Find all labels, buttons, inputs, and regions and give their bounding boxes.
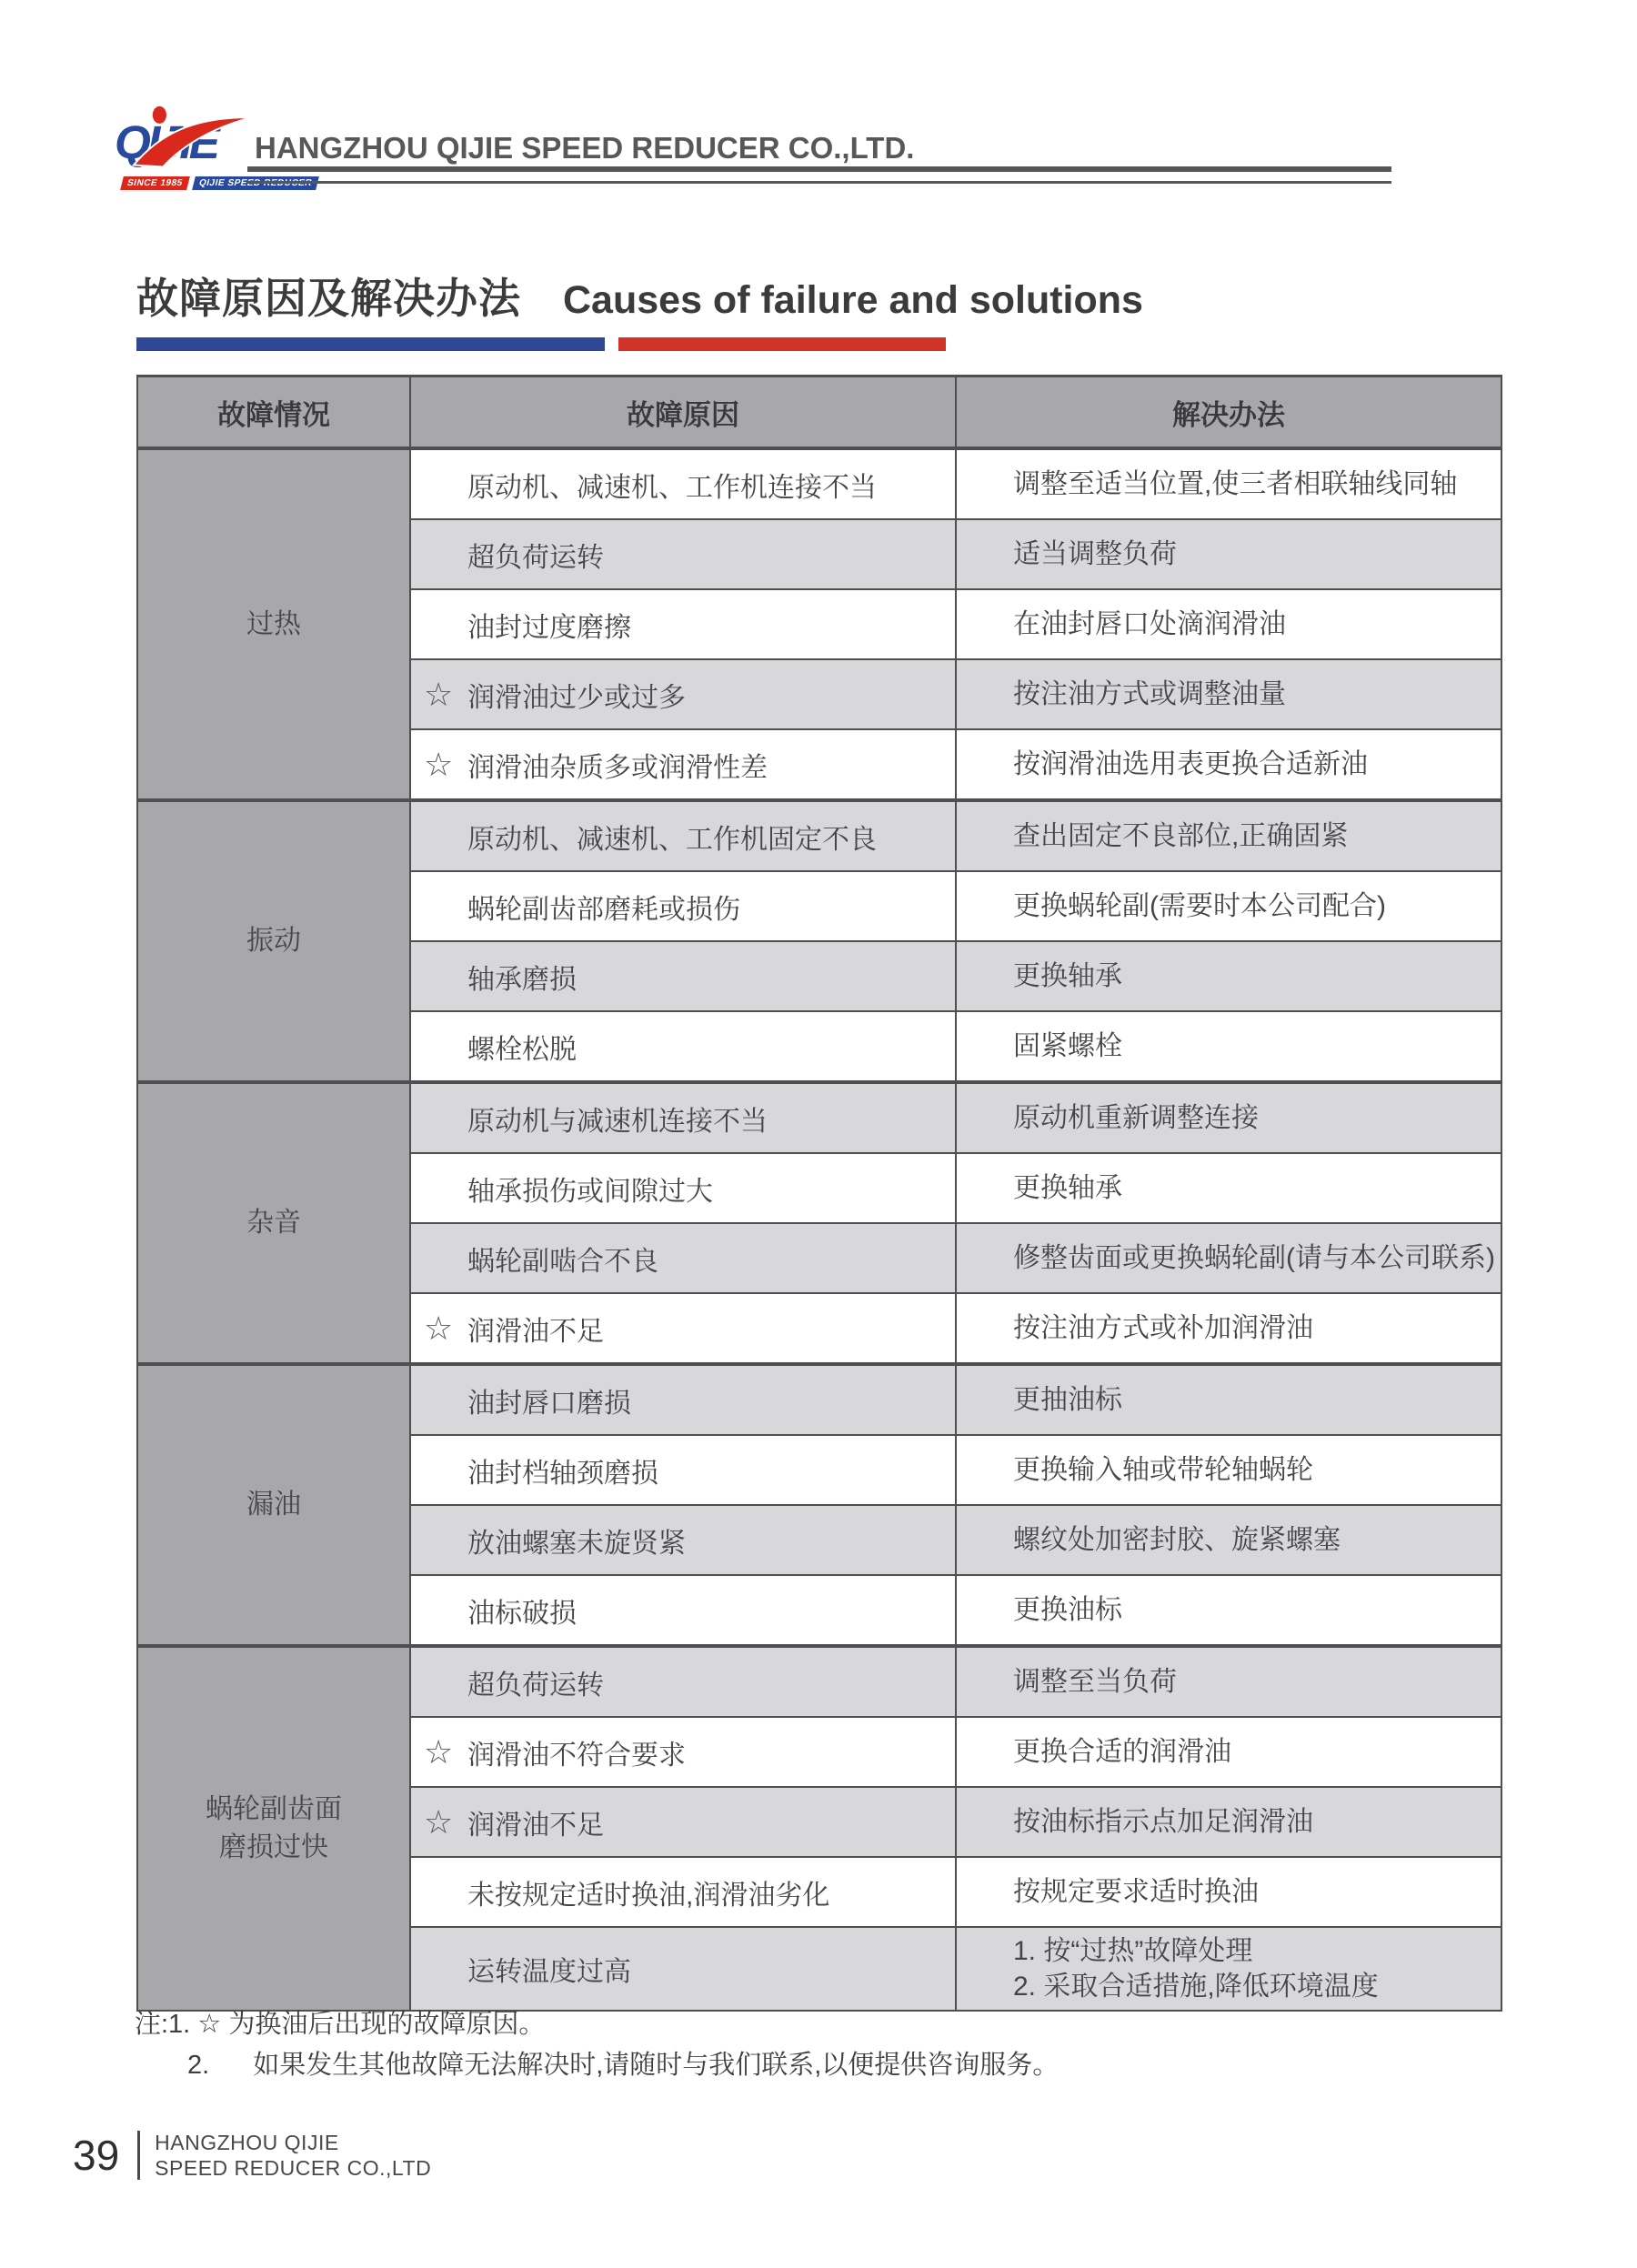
- cause-cell: 轴承损伤或间隙过大: [410, 1153, 956, 1223]
- solution-text: 1. 按“过热”故障处理: [1013, 1933, 1500, 1969]
- solution-text: 更换输入轴或带轮轴蜗轮: [1013, 1452, 1500, 1488]
- note-line-1: 注:1. ☆ 为换油后出现的故障原因。: [135, 2004, 1059, 2045]
- page-title-zh: 故障原因及解决办法: [136, 266, 521, 326]
- solution-cell: 按注油方式或补加润滑油: [956, 1293, 1501, 1364]
- cause-cell: 原动机与减速机连接不当: [410, 1082, 956, 1153]
- cause-text: 蜗轮副啮合不良: [467, 1247, 658, 1277]
- cause-text: 油标破损: [467, 1599, 577, 1629]
- cause-cell: 油封唇口磨损: [410, 1364, 956, 1435]
- footer: 39 HANGZHOU QIJIE SPEED REDUCER CO.,LTD: [73, 2130, 431, 2181]
- solution-text: 更换轴承: [1013, 1170, 1500, 1206]
- cause-text: 运转温度过高: [467, 1957, 631, 1987]
- cause-cell: 放油螺塞未旋贤紧: [410, 1505, 956, 1575]
- solution-cell: 在油封唇口处滴润滑油: [956, 589, 1501, 659]
- cause-cell: 油标破损: [410, 1575, 956, 1646]
- table-row: 蜗轮副齿面磨损过快超负荷运转调整至当负荷: [137, 1646, 1501, 1717]
- solution-cell: 调整至适当位置,使三者相联轴线同轴: [956, 448, 1501, 519]
- solution-text: 在油封唇口处滴润滑油: [1013, 607, 1500, 642]
- solution-cell: 固紧螺栓: [956, 1011, 1501, 1082]
- solution-cell: 适当调整负荷: [956, 519, 1501, 589]
- solution-text: 按润滑油选用表更换合适新油: [1013, 747, 1500, 782]
- cause-cell: ☆润滑油过少或过多: [410, 659, 956, 729]
- logo-since-badge: SINCE 1985: [120, 176, 189, 190]
- solution-text: 按规定要求适时换油: [1013, 1874, 1500, 1910]
- solution-cell: 更换轴承: [956, 941, 1501, 1011]
- note-text: 如果发生其他故障无法解决时,请随时与我们联系,以便提供咨询服务。: [253, 2045, 1059, 2086]
- cause-text: 轴承磨损: [467, 965, 577, 995]
- cause-cell: 轴承磨损: [410, 941, 956, 1011]
- category-cell: 振动: [137, 800, 410, 1082]
- solution-cell: 按规定要求适时换油: [956, 1857, 1501, 1927]
- column-header-situation: 故障情况: [137, 376, 410, 449]
- logo-dot: [153, 106, 166, 124]
- solution-text: 固紧螺栓: [1013, 1029, 1500, 1064]
- footer-company-line: HANGZHOU QIJIE: [155, 2130, 431, 2155]
- solution-text: 原动机重新调整连接: [1013, 1100, 1500, 1136]
- solution-cell: 按润滑油选用表更换合适新油: [956, 729, 1501, 800]
- solution-text: 更换油标: [1013, 1592, 1500, 1628]
- solution-text: 更抽油标: [1013, 1382, 1500, 1418]
- solution-text: 按油标指示点加足润滑油: [1013, 1804, 1500, 1840]
- solution-text: 按注油方式或补加润滑油: [1013, 1310, 1500, 1346]
- title-underline-blue: [136, 337, 605, 351]
- solution-cell: 修整齿面或更换蜗轮副(请与本公司联系): [956, 1223, 1501, 1293]
- cause-cell: 原动机、减速机、工作机连接不当: [410, 448, 956, 519]
- column-header-solution: 解决办法: [956, 376, 1501, 449]
- cause-cell: 油封过度磨擦: [410, 589, 956, 659]
- solution-cell: 更换输入轴或带轮轴蜗轮: [956, 1435, 1501, 1505]
- cause-cell: 超负荷运转: [410, 519, 956, 589]
- cause-text: 蜗轮副齿部磨耗或损伤: [467, 895, 740, 925]
- star-icon: ☆: [424, 746, 453, 784]
- category-cell: 过热: [137, 448, 410, 800]
- solution-cell: 更换油标: [956, 1575, 1501, 1646]
- cause-text: 未按规定适时换油,润滑油劣化: [467, 1881, 829, 1911]
- solution-cell: 按油标指示点加足润滑油: [956, 1787, 1501, 1857]
- cause-text: 油封过度磨擦: [467, 613, 631, 643]
- qijie-logo: QIJIE: [115, 104, 253, 175]
- notes: 注:1. ☆ 为换油后出现的故障原因。 2. 如果发生其他故障无法解决时,请随时…: [135, 2004, 1059, 2086]
- cause-text: 油封唇口磨损: [467, 1389, 631, 1419]
- star-icon: ☆: [424, 1733, 453, 1771]
- table-row: 振动原动机、减速机、工作机固定不良查出固定不良部位,正确固紧: [137, 800, 1501, 871]
- table-row: 杂音原动机与减速机连接不当原动机重新调整连接: [137, 1082, 1501, 1153]
- cause-text: 超负荷运转: [467, 1671, 604, 1701]
- solution-cell: 1. 按“过热”故障处理2. 采取合适措施,降低环境温度: [956, 1927, 1501, 2011]
- cause-text: 润滑油不足: [467, 1811, 604, 1841]
- failure-table: 故障情况 故障原因 解决办法 过热原动机、减速机、工作机连接不当调整至适当位置,…: [136, 375, 1502, 2012]
- title-underline: [136, 337, 1143, 351]
- solution-cell: 调整至当负荷: [956, 1646, 1501, 1717]
- cause-cell: 未按规定适时换油,润滑油劣化: [410, 1857, 956, 1927]
- cause-cell: ☆润滑油不符合要求: [410, 1717, 956, 1787]
- solution-text: 更换轴承: [1013, 958, 1500, 994]
- solution-cell: 按注油方式或调整油量: [956, 659, 1501, 729]
- footer-divider: [137, 2131, 140, 2180]
- note-text: 注:1. ☆ 为换油后出现的故障原因。: [135, 2004, 545, 2045]
- category-cell: 漏油: [137, 1364, 410, 1646]
- solution-cell: 更换合适的润滑油: [956, 1717, 1501, 1787]
- footer-company: HANGZHOU QIJIE SPEED REDUCER CO.,LTD: [155, 2130, 431, 2181]
- solution-text: 查出固定不良部位,正确固紧: [1013, 818, 1500, 854]
- cause-text: 润滑油过少或过多: [467, 683, 686, 713]
- category-cell: 蜗轮副齿面磨损过快: [137, 1646, 410, 2011]
- solution-text: 更换合适的润滑油: [1013, 1734, 1500, 1770]
- table-row: 过热原动机、减速机、工作机连接不当调整至适当位置,使三者相联轴线同轴: [137, 448, 1501, 519]
- solution-text: 适当调整负荷: [1013, 537, 1500, 572]
- solution-cell: 更换轴承: [956, 1153, 1501, 1223]
- cause-text: 润滑油杂质多或润滑性差: [467, 753, 768, 783]
- table-body: 过热原动机、减速机、工作机连接不当调整至适当位置,使三者相联轴线同轴超负荷运转适…: [137, 448, 1501, 2011]
- page: QIJIE SINCE 1985 QIJIE SPEED REDUCER HAN…: [0, 0, 1637, 2268]
- solution-text: 调整至适当位置,使三者相联轴线同轴: [1013, 467, 1500, 502]
- solution-cell: 更换蜗轮副(需要时本公司配合): [956, 871, 1501, 941]
- star-icon: ☆: [424, 1310, 453, 1348]
- solution-cell: 更抽油标: [956, 1364, 1501, 1435]
- qijie-logo-graphic: QIJIE: [115, 104, 253, 175]
- solution-text: 按注油方式或调整油量: [1013, 677, 1500, 712]
- star-icon: ☆: [424, 1803, 453, 1841]
- footer-company-line: SPEED REDUCER CO.,LTD: [155, 2155, 431, 2181]
- table-header-row: 故障情况 故障原因 解决办法: [137, 376, 1501, 449]
- cause-text: 润滑油不足: [467, 1317, 604, 1347]
- cause-cell: 螺栓松脱: [410, 1011, 956, 1082]
- cause-cell: 蜗轮副齿部磨耗或损伤: [410, 871, 956, 941]
- cause-text: 原动机、减速机、工作机固定不良: [467, 825, 877, 855]
- column-header-cause: 故障原因: [410, 376, 956, 449]
- solution-text: 修整齿面或更换蜗轮副(请与本公司联系): [1013, 1240, 1500, 1276]
- note-line-2: 2. 如果发生其他故障无法解决时,请随时与我们联系,以便提供咨询服务。: [187, 2045, 1059, 2086]
- solution-cell: 螺纹处加密封胶、旋紧螺塞: [956, 1505, 1501, 1575]
- cause-cell: 油封档轴颈磨损: [410, 1435, 956, 1505]
- cause-text: 超负荷运转: [467, 543, 604, 573]
- cause-text: 放油螺塞未旋贤紧: [467, 1529, 686, 1559]
- cause-cell: ☆润滑油不足: [410, 1787, 956, 1857]
- cause-text: 润滑油不符合要求: [467, 1741, 686, 1771]
- page-title-en: Causes of failure and solutions: [563, 278, 1143, 323]
- cause-text: 轴承损伤或间隙过大: [467, 1177, 713, 1207]
- solution-cell: 原动机重新调整连接: [956, 1082, 1501, 1153]
- note-number: 2.: [187, 2045, 209, 2086]
- category-cell: 杂音: [137, 1082, 410, 1364]
- cause-cell: 原动机、减速机、工作机固定不良: [410, 800, 956, 871]
- cause-cell: ☆润滑油不足: [410, 1293, 956, 1364]
- solution-cell: 查出固定不良部位,正确固紧: [956, 800, 1501, 871]
- solution-text: 2. 采取合适措施,降低环境温度: [1013, 1969, 1500, 2004]
- page-number: 39: [73, 2131, 119, 2180]
- cause-cell: ☆润滑油杂质多或润滑性差: [410, 729, 956, 800]
- cause-text: 油封档轴颈磨损: [467, 1459, 658, 1489]
- title-underline-red: [618, 337, 946, 351]
- cause-text: 螺栓松脱: [467, 1035, 577, 1065]
- header-rule: [247, 166, 1391, 184]
- solution-text: 调整至当负荷: [1013, 1664, 1500, 1700]
- solution-text: 更换蜗轮副(需要时本公司配合): [1013, 888, 1500, 924]
- solution-text: 螺纹处加密封胶、旋紧螺塞: [1013, 1522, 1500, 1558]
- cause-cell: 超负荷运转: [410, 1646, 956, 1717]
- cause-cell: 运转温度过高: [410, 1927, 956, 2011]
- company-name: HANGZHOU QIJIE SPEED REDUCER CO.,LTD.: [255, 131, 914, 166]
- cause-text: 原动机、减速机、工作机连接不当: [467, 473, 877, 503]
- table-row: 漏油油封唇口磨损更抽油标: [137, 1364, 1501, 1435]
- title-block: 故障原因及解决办法 Causes of failure and solution…: [136, 266, 1143, 351]
- star-icon: ☆: [424, 676, 453, 714]
- cause-cell: 蜗轮副啮合不良: [410, 1223, 956, 1293]
- cause-text: 原动机与减速机连接不当: [467, 1107, 768, 1137]
